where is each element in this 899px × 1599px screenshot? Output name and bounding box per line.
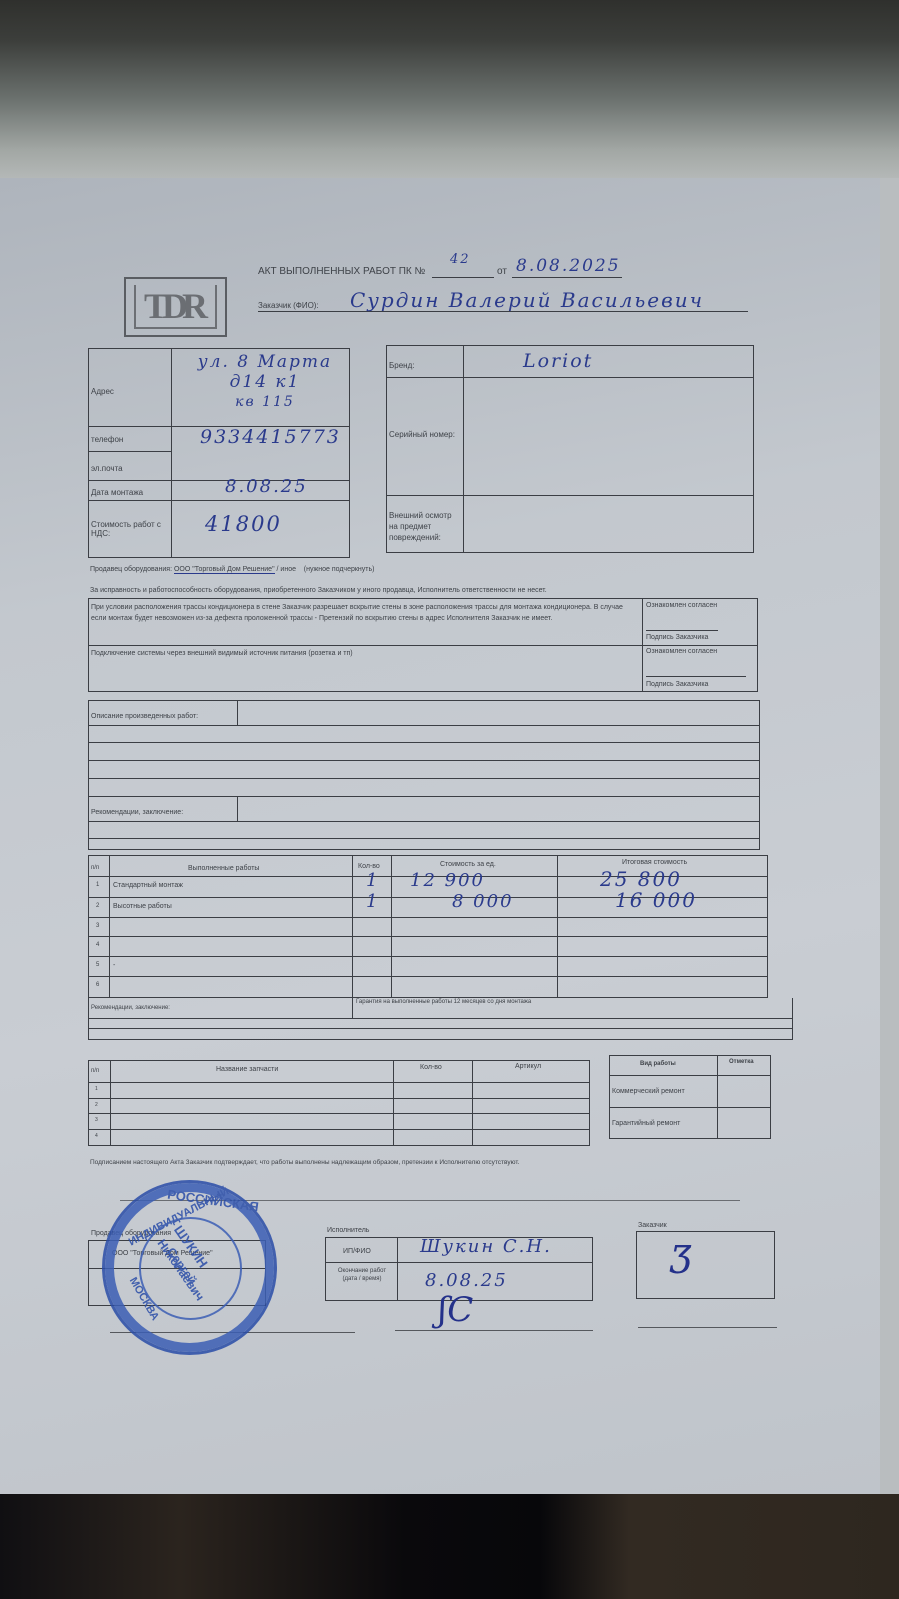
background-table	[0, 1494, 899, 1599]
description-table	[88, 700, 760, 850]
company-stamp: РОССИЙСКАЯ ИНДИВИДУАЛЬНЫЙ МОСКВА ШУКИН С…	[102, 1180, 277, 1355]
parts-row-n: 2	[95, 1102, 98, 1108]
parts-row-n: 1	[95, 1086, 98, 1092]
parts-col-name: Название запчасти	[216, 1066, 278, 1073]
install-date-label: Дата монтажа	[91, 488, 143, 497]
works-row-unit: 8 000	[452, 891, 514, 912]
work-type-col-mark: Отметка	[729, 1059, 754, 1065]
works-col-name: Выполненные работы	[188, 865, 259, 872]
work-type-col-type: Вид работы	[640, 1061, 676, 1067]
works-col-unit: Стоимость за ед.	[440, 861, 496, 868]
executor-signature: ʃC	[438, 1290, 473, 1330]
works-row-name: -	[113, 962, 115, 969]
seller-line: Продавец оборудования: ООО "Торговый Дом…	[90, 566, 374, 575]
phone-label: телефон	[91, 435, 123, 444]
brand-label: Бренд:	[389, 361, 414, 370]
customer-label: Заказчик (ФИО):	[258, 301, 319, 311]
act-number: 42	[450, 252, 471, 267]
works-row-n: 6	[96, 982, 99, 988]
warranty-text: Гарантия на выполненные работы 12 месяце…	[356, 999, 531, 1005]
condition-sign-1: Подпись Заказчика	[646, 634, 708, 643]
works-col-total: Итоговая стоимость	[622, 859, 687, 866]
confirmation-text: Подписанием настоящего Акта Заказчик под…	[90, 1159, 519, 1167]
executor-label: Исполнитель	[327, 1227, 369, 1234]
works-col-qty: Кол-во	[358, 863, 380, 870]
parts-row-n: 3	[95, 1117, 98, 1123]
work-type-warranty: Гарантийный ремонт	[612, 1120, 680, 1127]
works-row-n: 4	[96, 942, 99, 948]
parts-col-n: п/п	[91, 1068, 99, 1074]
executor-name-label: ИП/ФИО	[343, 1248, 371, 1255]
end-date-value: 8.08.25	[425, 1270, 508, 1291]
works-row-name: Высотные работы	[113, 903, 172, 910]
end-date-label: Окончание работ (дата / время)	[331, 1267, 393, 1284]
date-label: от	[497, 266, 507, 279]
act-title: АКТ ВЫПОЛНЕННЫХ РАБОТ ПК №	[258, 266, 425, 279]
works-row-qty: 1	[366, 891, 379, 912]
liability-note: За исправность и работоспособность обору…	[90, 587, 547, 596]
parts-col-sku: Артикул	[515, 1063, 541, 1070]
customer-name: Сурдин Валерий Васильевич	[350, 288, 704, 312]
inspection-label: Внешний осмотр на предмет повреждений:	[389, 510, 461, 544]
works-row-n: 5	[96, 962, 99, 968]
parts-table	[88, 1060, 590, 1146]
serial-label: Серийный номер:	[389, 430, 459, 439]
customer-sign-box	[636, 1231, 775, 1299]
executor-name-value: Шукин С.Н.	[420, 1236, 552, 1257]
seller-option-selected: ООО "Торговый Дом Решение"	[174, 566, 275, 574]
works-row-n: 3	[96, 923, 99, 929]
description-recommend-label: Рекомендации, заключение:	[91, 809, 183, 816]
description-label: Описание произведенных работ:	[91, 713, 198, 720]
customer-sign-label: Заказчик	[638, 1222, 667, 1229]
install-date-value: 8.08.25	[225, 476, 308, 497]
condition-ack-2: Ознакомлен согласен	[646, 648, 717, 657]
works-col-n: п/п	[91, 865, 99, 871]
works-row-unit: 12 900	[410, 870, 485, 891]
works-row-name: Стандартный монтаж	[113, 882, 183, 889]
address-label: Адрес	[91, 387, 114, 396]
address-value: ул. 8 Марта д14 к1 кв 115	[190, 352, 340, 412]
works-row-qty: 1	[366, 870, 379, 891]
customer-signature: Ʒ	[670, 1238, 691, 1282]
act-date: 8.08.2025	[516, 256, 621, 276]
condition-sign-2: Подпись Заказчика	[646, 681, 708, 690]
parts-col-qty: Кол-во	[420, 1064, 442, 1071]
cost-value: 41800	[205, 512, 282, 536]
condition-ack-1: Ознакомлен согласен	[646, 602, 717, 611]
work-type-commercial: Коммерческий ремонт	[612, 1088, 685, 1095]
works-recommend-label: Рекомендации, заключение:	[91, 1005, 170, 1011]
works-row-total: 16 000	[615, 888, 697, 912]
email-label: эл.почта	[91, 464, 123, 473]
condition-text-1: При условии расположения трассы кондицио…	[91, 602, 636, 624]
works-row-n: 2	[96, 903, 99, 909]
parts-row-n: 4	[95, 1133, 98, 1139]
background-surface	[880, 178, 899, 1494]
condition-text-2: Подключение системы через внешний видимы…	[91, 650, 353, 659]
brand-value: Loriot	[523, 350, 593, 372]
phone-value: 9334415773	[200, 426, 341, 448]
company-logo: TDR	[124, 277, 227, 337]
works-row-n: 1	[96, 882, 99, 888]
cost-label: Стоимость работ с НДС:	[91, 520, 167, 538]
